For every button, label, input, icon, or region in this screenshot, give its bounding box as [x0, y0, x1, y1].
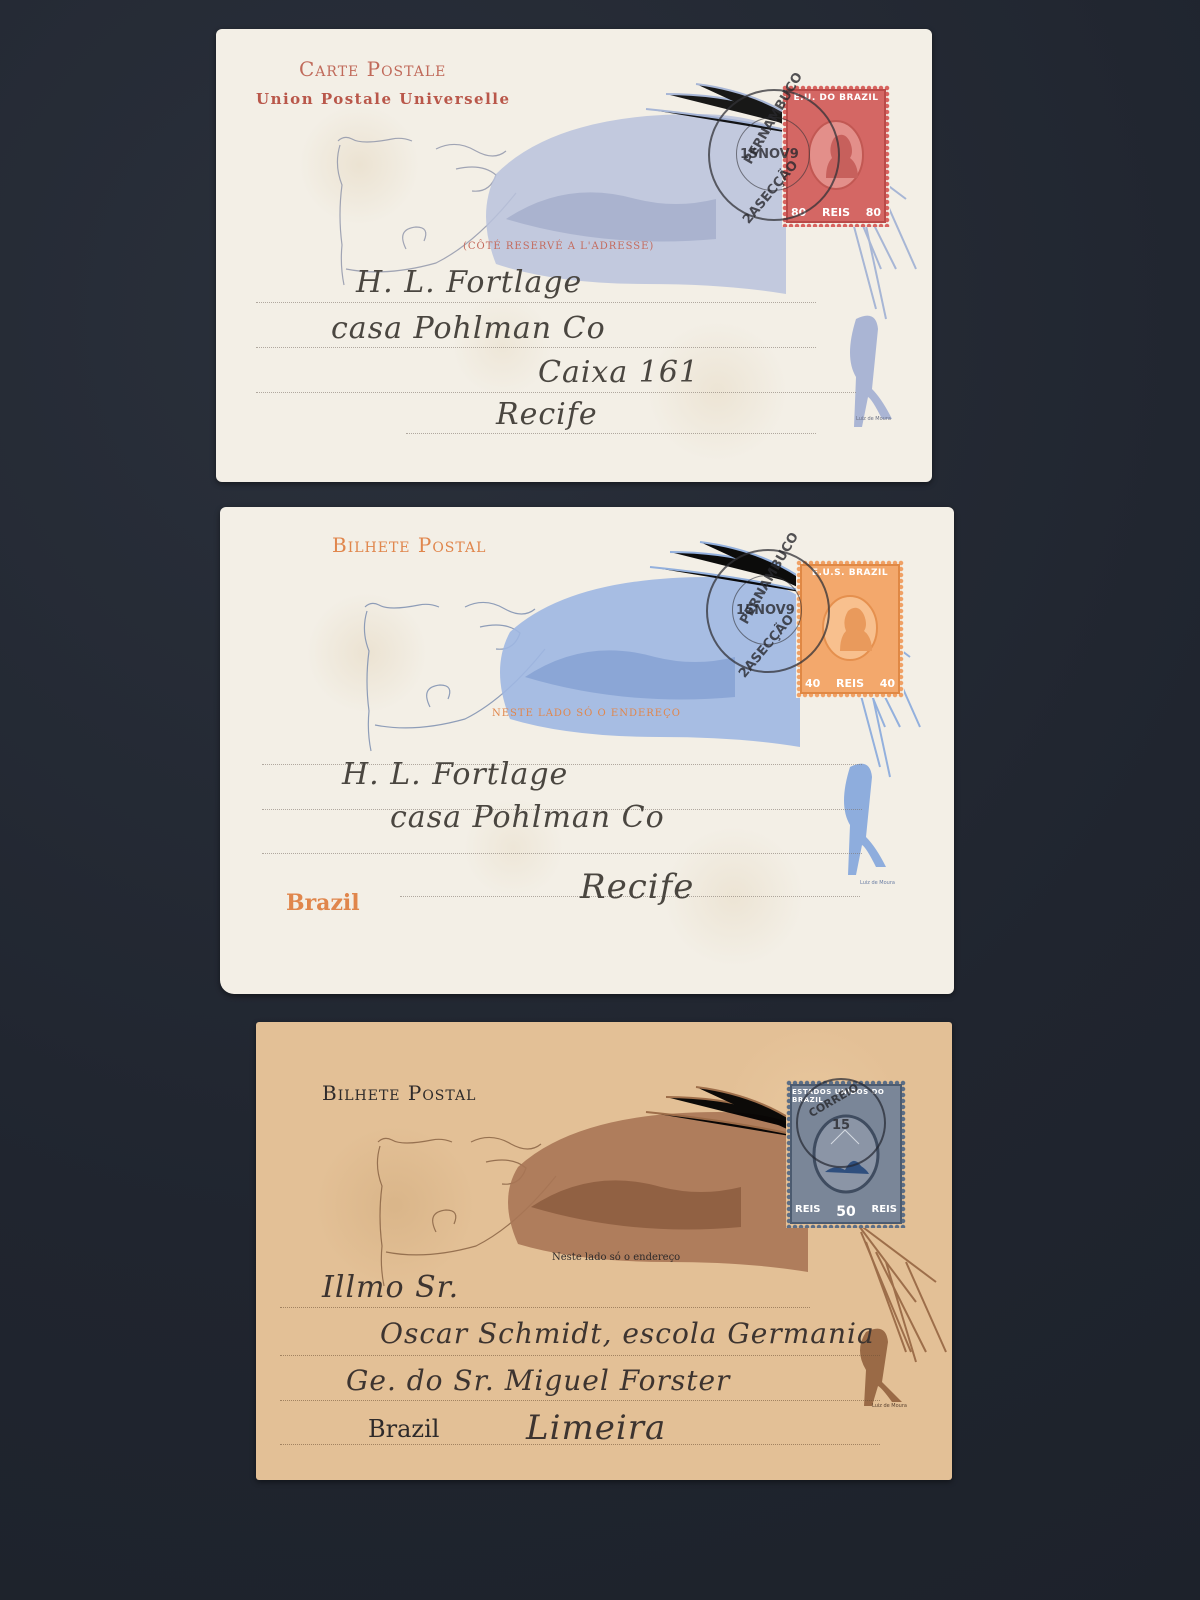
- postmark-correio: CORREIO 15: [796, 1078, 886, 1168]
- address-line-1: H. L. Fortlage: [356, 265, 582, 300]
- address-line-1: H. L. Fortlage: [342, 757, 568, 792]
- postmark-pernambuco: PERNAMBUCO 15NOV9 2ASECÇÃO: [708, 89, 840, 221]
- stamp-header: E.U.S. BRAZIL: [812, 568, 888, 578]
- stamp-currency: REIS: [836, 677, 864, 690]
- artist-credit: Luiz de Moura: [856, 416, 891, 422]
- stamp-value: 50: [836, 1204, 855, 1220]
- address-line-4: Recife: [496, 397, 598, 432]
- address-line-3: Ge. do Sr. Miguel Forster: [346, 1364, 730, 1397]
- postcard-bilhete-postal-orange: Bilhete Postal NESTE LADO SÓ O ENDEREÇO …: [220, 507, 954, 994]
- postcard-bilhete-postal-buff: Bilhete Postal Neste lado só o endereço …: [256, 1022, 952, 1480]
- stamp-currency: REIS: [822, 206, 850, 219]
- country-label: Brazil: [286, 890, 360, 916]
- address-line-3: Caixa 161: [538, 355, 699, 390]
- artist-credit: Luiz de Moura: [860, 880, 895, 886]
- postmark-date: 15: [832, 1118, 850, 1133]
- address-line-2: casa Pohlman Co: [331, 311, 606, 346]
- stamp-value-left: REIS: [795, 1204, 820, 1220]
- artist-credit: Luiz de Moura: [872, 1403, 907, 1409]
- address-line-4: Limeira: [526, 1408, 666, 1448]
- postmark-label: CORREIO: [806, 1081, 860, 1120]
- postcard-carte-postale: Carte Postale Union Postale Universelle …: [216, 29, 932, 482]
- stamp-value-left: 40: [805, 677, 820, 690]
- stamp-value-right: 40: [880, 677, 895, 690]
- address-side-caption: NESTE LADO SÓ O ENDEREÇO: [492, 708, 681, 719]
- address-line-1: Illmo Sr.: [322, 1270, 459, 1305]
- stamp-value-right: 80: [866, 206, 881, 219]
- address-line-2: Oscar Schmidt, escola Germania: [380, 1317, 875, 1350]
- country-label: Brazil: [368, 1415, 439, 1443]
- address-line-2: casa Pohlman Co: [390, 800, 665, 835]
- postmark-pernambuco: PERNAMBUCO 15NOV9 2ASECÇÃO: [706, 549, 830, 673]
- address-side-caption: Neste lado só o endereço: [552, 1252, 680, 1263]
- stamp-value-right: REIS: [872, 1204, 897, 1220]
- address-side-caption: (CÔTÉ RESERVÉ A L'ADRESSE): [463, 241, 654, 252]
- address-line-3: Recife: [580, 867, 694, 907]
- portrait-liberty-icon: [822, 595, 878, 661]
